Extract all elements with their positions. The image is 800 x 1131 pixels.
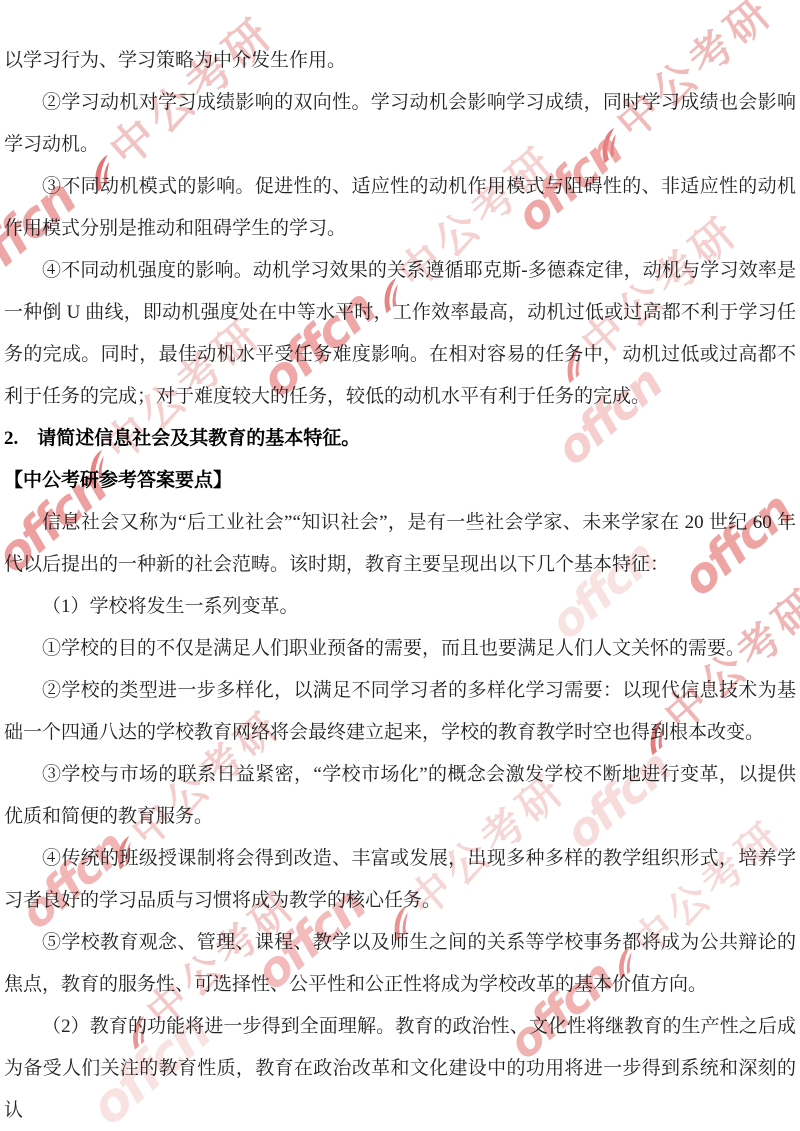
body-paragraph: ②学校的类型进一步多样化，以满足不同学习者的多样化学习需要：以现代信息技术为基础… (4, 670, 796, 754)
body-paragraph: ①学校的目的不仅是满足人们职业预备的需要，而且也要满足人们人文关怀的需要。 (4, 628, 796, 670)
body-paragraph: ④传统的班级授课制将会得到改造、丰富或发展，出现多种多样的教学组织形式，培养学习… (4, 838, 796, 922)
heading-paragraph: 【中公考研参考答案要点】 (4, 460, 796, 502)
body-paragraph: ⑤学校教育观念、管理、课程、教学以及师生之间的关系等学校事务都将成为公共辩论的焦… (4, 922, 796, 1006)
body-paragraph: （2）教育的功能将进一步得到全面理解。教育的政治性、文化性将继教育的生产性之后成… (4, 1006, 796, 1131)
heading-paragraph: 2. 请简述信息社会及其教育的基本特征。 (4, 418, 796, 460)
body-paragraph: ②学习动机对学习成绩影响的双向性。学习动机会影响学习成绩，同时学习成绩也会影响学… (4, 82, 796, 166)
body-paragraph: 信息社会又称为“后工业社会”“知识社会”，是有一些社会学家、未来学家在 20 世… (4, 502, 796, 586)
document-page: offcn中公考研中公考研offcnoffcn中公考研中公考研offcn中公考研… (0, 0, 800, 1131)
document-content: 以学习行为、学习策略为中介发生作用。②学习动机对学习成绩影响的双向性。学习动机会… (0, 0, 800, 1131)
body-paragraph: ④不同动机强度的影响。动机学习效果的关系遵循耶克斯-多德森定律，动机与学习效率是… (4, 250, 796, 418)
body-paragraph: （1）学校将发生一系列变革。 (4, 586, 796, 628)
body-paragraph: ③学校与市场的联系日益紧密，“学校市场化”的概念会激发学校不断地进行变革，以提供… (4, 754, 796, 838)
body-paragraph: 以学习行为、学习策略为中介发生作用。 (4, 40, 796, 82)
body-paragraph: ③不同动机模式的影响。促进性的、适应性的动机作用模式与阻碍性的、非适应性的动机作… (4, 166, 796, 250)
